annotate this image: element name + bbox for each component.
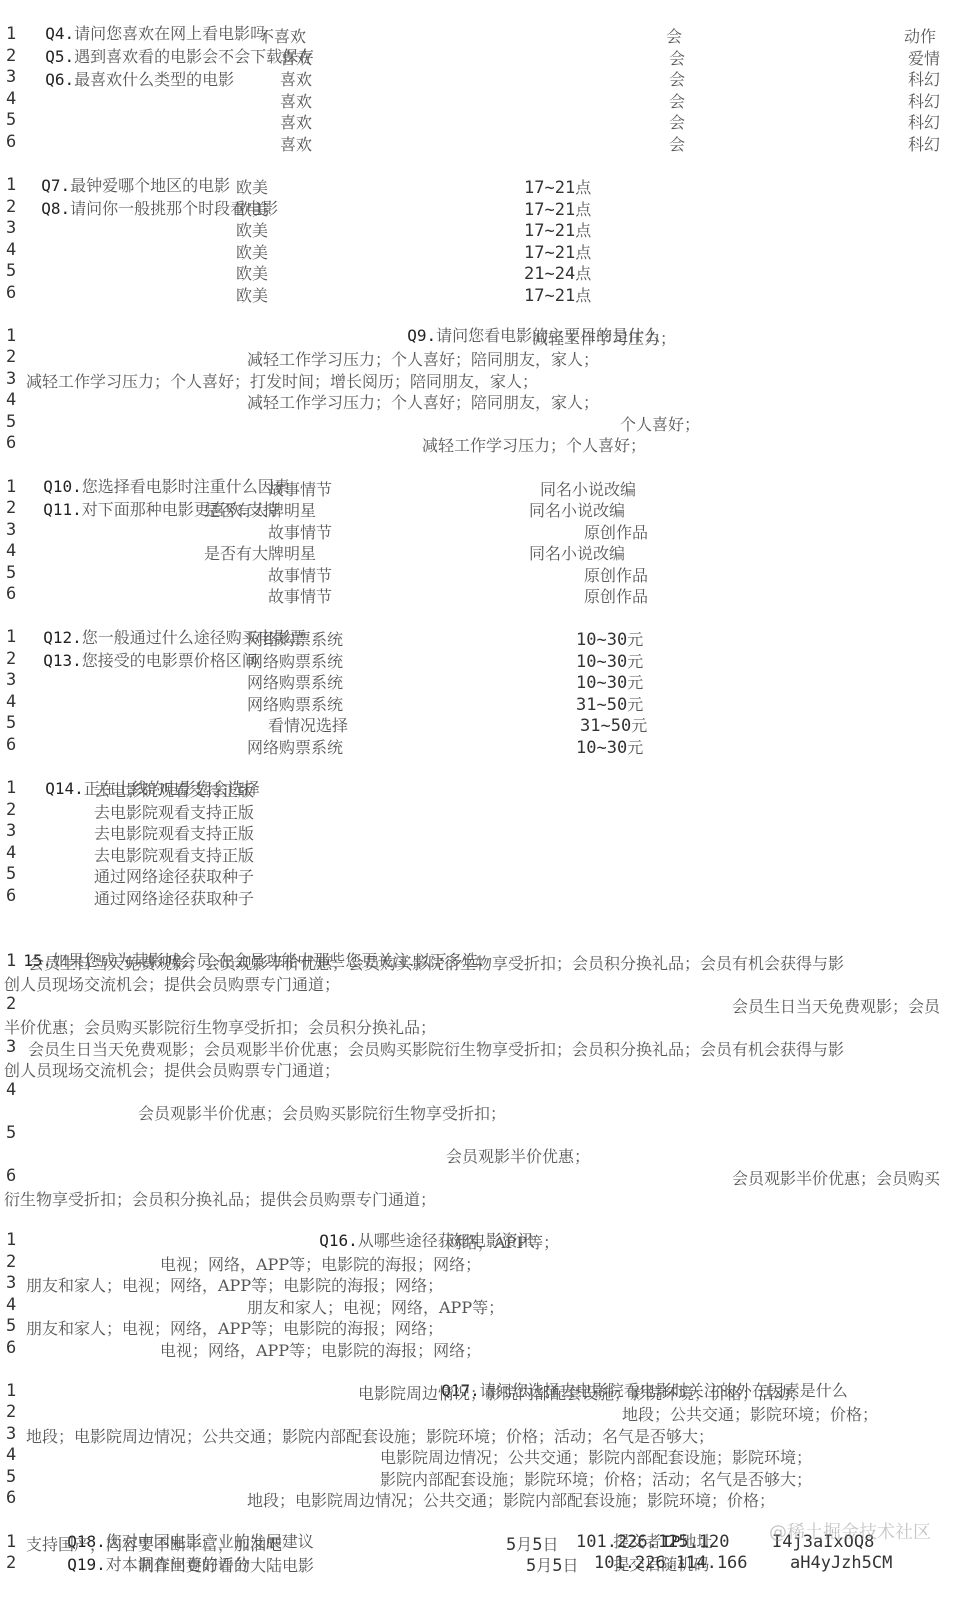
q17-value: 地段；公共交通；影院环境；价格； xyxy=(622,1402,878,1425)
q5-value: 会 xyxy=(669,132,685,155)
q10-value: 故事情节 xyxy=(268,563,332,586)
row-number: 6 xyxy=(6,1338,16,1358)
date-day-unit: 日 xyxy=(563,1556,579,1575)
q16-label: Q16. xyxy=(319,1231,358,1250)
q16-value: 网络，APP等； xyxy=(446,1230,559,1253)
row-number: 3 xyxy=(6,821,16,841)
q4-value: 喜欢 xyxy=(280,67,312,90)
row-number: 2 xyxy=(6,197,16,217)
row-number: 6 xyxy=(6,735,16,755)
q10-value: 故事情节 xyxy=(268,477,332,500)
q18-value: 制作出更好看的大陆电影 xyxy=(138,1553,314,1576)
date-month: 5 xyxy=(506,1535,516,1555)
q11-value: 同名小说改编 xyxy=(529,541,625,564)
q16-value: 朋友和家人；电视；网络，APP等；电影院的海报；网络； xyxy=(26,1316,443,1339)
row-number: 4 xyxy=(6,1080,16,1100)
date-month: 5 xyxy=(526,1556,536,1576)
row-number: 5 xyxy=(6,1123,16,1143)
date-day: 5 xyxy=(532,1535,542,1555)
row-number: 4 xyxy=(6,89,16,109)
q8-value: 17~21点 xyxy=(524,197,591,220)
q12-value: 网络购票系统 xyxy=(247,735,343,758)
q9-label: Q9. xyxy=(407,326,436,345)
q5-value: 会 xyxy=(669,110,685,133)
row-number: 5 xyxy=(6,110,16,130)
submit-date: 5月5日 xyxy=(506,1532,559,1555)
q12-value: 看情况选择 xyxy=(268,713,348,736)
ip-address: 101.226.114.166 xyxy=(594,1553,748,1573)
row-number: 2 xyxy=(6,994,16,1014)
q7-label: Q7. xyxy=(41,176,70,195)
q12-value: 网络购票系统 xyxy=(247,692,343,715)
q11-value: 原创作品 xyxy=(584,520,648,543)
row-number: 4 xyxy=(6,541,16,561)
q16-value: 电视；网络，APP等；电影院的海报；网络； xyxy=(160,1252,481,1275)
q8-value: 17~21点 xyxy=(524,283,591,306)
row-number: 5 xyxy=(6,713,16,733)
row-number: 1 xyxy=(6,1532,16,1552)
row-number: 2 xyxy=(6,1553,16,1573)
row-number: 3 xyxy=(6,67,16,87)
watermark: @稀土掘金技术社区 xyxy=(769,1518,931,1544)
row-number: 1 xyxy=(6,627,16,647)
q9-value: 减轻工作学习压力； xyxy=(532,326,676,349)
row-number: 5 xyxy=(6,261,16,281)
q8-unit: 点 xyxy=(575,243,591,262)
q8-number: 17~21 xyxy=(524,243,575,263)
q13-value: 10~30元 xyxy=(576,627,643,650)
q13-unit: 元 xyxy=(627,695,643,714)
row-number: 1 xyxy=(6,175,16,195)
q13-unit: 元 xyxy=(627,738,643,757)
row-number: 6 xyxy=(6,132,16,152)
q17-value: 电影院周边情况；公共交通；影院内部配套设施；影院环境； xyxy=(380,1445,812,1468)
q8-unit: 点 xyxy=(575,221,591,240)
q6-value: 爱情 xyxy=(908,46,940,69)
q8-unit: 点 xyxy=(575,264,591,283)
q15-value-cont: 创人员现场交流机会；提供会员购票专门通道； xyxy=(4,972,340,995)
q5-value: 会 xyxy=(669,46,685,69)
row-number: 3 xyxy=(6,670,16,690)
q10-value: 是否有大牌明星 xyxy=(204,498,316,521)
q5-value: 会 xyxy=(666,24,682,47)
q12-value: 网络购票系统 xyxy=(247,627,343,650)
q13-value: 10~30元 xyxy=(576,649,643,672)
q8-unit: 点 xyxy=(575,178,591,197)
q8-unit: 点 xyxy=(575,286,591,305)
row-number: 3 xyxy=(6,369,16,389)
q8-number: 21~24 xyxy=(524,264,575,284)
q13-number: 31~50 xyxy=(580,716,631,736)
q7-value: 欧美 xyxy=(236,218,268,241)
q7-value: 欧美 xyxy=(236,197,268,220)
q15-value: 会员观影半价优惠；会员购买 xyxy=(732,1166,940,1189)
q13-number: 10~30 xyxy=(576,630,627,650)
q15-value: 会员观影半价优惠； xyxy=(446,1144,590,1167)
row-number: 5 xyxy=(6,563,16,583)
q13-unit: 元 xyxy=(627,630,643,649)
q13-label: Q13. xyxy=(43,651,82,670)
q7-value: 欧美 xyxy=(236,240,268,263)
q15-value: 会员生日当天免费观影；会员 xyxy=(732,994,940,1017)
q15-value: 会员生日当天免费观影；会员观影半价优惠；会员购买影院衍生物享受折扣；会员积分换礼… xyxy=(28,1037,844,1060)
q13-unit: 元 xyxy=(627,652,643,671)
q17-value: 影院内部配套设施；影院环境；价格；活动；名气是否够大； xyxy=(380,1467,812,1490)
q9-value: 减轻工作学习压力；个人喜好； xyxy=(422,433,646,456)
q17-value: 电影院周边情况；影院内部配套设施；影院环境；价格；活动； xyxy=(358,1381,806,1404)
q4-value: 喜欢 xyxy=(280,46,312,69)
q13-unit: 元 xyxy=(631,716,647,735)
row-number: 1 xyxy=(6,1230,16,1250)
row-number: 5 xyxy=(6,1467,16,1487)
row-number: 4 xyxy=(6,692,16,712)
q6-text: 最喜欢什么类型的电影 xyxy=(74,70,234,89)
q19-label: Q19. xyxy=(67,1555,106,1574)
q4-text: 请问您喜欢在网上看电影吗 xyxy=(74,24,266,43)
row-number: 6 xyxy=(6,1488,16,1508)
q11-label: Q11. xyxy=(43,500,82,519)
q8-label: Q8. xyxy=(41,199,70,218)
q7-value: 欧美 xyxy=(236,283,268,306)
date-month-unit: 月 xyxy=(516,1535,532,1554)
q13-value: 31~50元 xyxy=(580,713,647,736)
q4-value: 不喜欢 xyxy=(258,24,306,47)
row-number: 2 xyxy=(6,1252,16,1272)
q4-value: 喜欢 xyxy=(280,110,312,133)
q12-label: Q12. xyxy=(43,628,82,647)
q6-value: 科幻 xyxy=(908,89,940,112)
q15-value-cont: 衍生物享受折扣；会员积分换礼品；提供会员购票专门通道； xyxy=(4,1187,436,1210)
q14-value: 通过网络途径获取种子 xyxy=(94,864,254,887)
q9-value: 个人喜好； xyxy=(620,412,700,435)
row-number: 4 xyxy=(6,390,16,410)
q16-value: 朋友和家人；电视；网络，APP等；电影院的海报；网络； xyxy=(26,1273,443,1296)
row-number: 1 xyxy=(6,778,16,798)
q10-label: Q10. xyxy=(43,477,82,496)
q15-value: 会员观影半价优惠；会员购买影院衍生物享受折扣； xyxy=(138,1101,506,1124)
q6-label: Q6. xyxy=(45,70,74,89)
q13-number: 10~30 xyxy=(576,738,627,758)
q12-value: 网络购票系统 xyxy=(247,649,343,672)
q15-value: 会员生日当天免费观影；会员观影半价优惠；会员购买影院衍生物享受折扣；会员积分换礼… xyxy=(28,951,844,974)
q11-value: 原创作品 xyxy=(584,584,648,607)
q13-unit: 元 xyxy=(627,673,643,692)
q10-value: 故事情节 xyxy=(268,584,332,607)
q4-value: 喜欢 xyxy=(280,89,312,112)
q8-unit: 点 xyxy=(575,200,591,219)
row-number: 3 xyxy=(6,1424,16,1444)
row-number: 6 xyxy=(6,886,16,906)
q16-value: 朋友和家人；电视；网络，APP等； xyxy=(247,1295,504,1318)
row-number: 2 xyxy=(6,649,16,669)
q14-value: 通过网络途径获取种子 xyxy=(94,886,254,909)
q11-value: 同名小说改编 xyxy=(540,477,636,500)
q17-value: 地段；电影院周边情况；公共交通；影院内部配套设施；影院环境；价格；活动；名气是否… xyxy=(26,1424,714,1447)
q7-value: 欧美 xyxy=(236,261,268,284)
q5-value: 会 xyxy=(669,89,685,112)
row-number: 3 xyxy=(6,218,16,238)
q13-text: 您接受的电影票价格区间 xyxy=(82,651,258,670)
q6-value: 动作 xyxy=(904,24,936,47)
submit-date: 5月5日 xyxy=(526,1553,579,1576)
row-number: 6 xyxy=(6,1166,16,1186)
q9-value: 减轻工作学习压力；个人喜好；打发时间；增长阅历；陪同朋友，家人； xyxy=(26,369,538,392)
date-day: 5 xyxy=(552,1556,562,1576)
q8-value: 17~21点 xyxy=(524,218,591,241)
q13-number: 10~30 xyxy=(576,652,627,672)
q14-label: Q14. xyxy=(45,779,84,798)
row-number: 4 xyxy=(6,240,16,260)
q8-number: 17~21 xyxy=(524,200,575,220)
row-number: 1 xyxy=(6,1381,16,1401)
q14-value: 去电影院观看支持正版 xyxy=(94,821,254,844)
date-month-unit: 月 xyxy=(536,1556,552,1575)
q8-number: 17~21 xyxy=(524,221,575,241)
q14-value: 去电影院观看支持正版 xyxy=(94,800,254,823)
date-day-unit: 日 xyxy=(543,1535,559,1554)
q8-number: 17~21 xyxy=(524,286,575,306)
q13-value: 10~30元 xyxy=(576,670,643,693)
q8-value: 17~21点 xyxy=(524,175,591,198)
q15-value-cont: 创人员现场交流机会；提供会员购票专门通道； xyxy=(4,1058,340,1081)
row-number: 5 xyxy=(6,412,16,432)
q7-value: 欧美 xyxy=(236,175,268,198)
row-number: 5 xyxy=(6,1316,16,1336)
row-number: 2 xyxy=(6,800,16,820)
row-number: 3 xyxy=(6,520,16,540)
row-number: 6 xyxy=(6,283,16,303)
row-number: 4 xyxy=(6,1295,16,1315)
row-number: 2 xyxy=(6,1402,16,1422)
q8-value: 21~24点 xyxy=(524,261,591,284)
q15-value-cont: 半价优惠；会员购买影院衍生物享受折扣；会员积分换礼品； xyxy=(4,1015,436,1038)
q17-value: 地段；电影院周边情况；公共交通；影院内部配套设施；影院环境；价格； xyxy=(247,1488,775,1511)
row-number: 4 xyxy=(6,843,16,863)
q16-value: 电视；网络，APP等；电影院的海报；网络； xyxy=(160,1338,481,1361)
row-number: 1 xyxy=(6,951,16,971)
q14-value: 去电影院观看支持正版 xyxy=(94,778,254,801)
q9-value: 减轻工作学习压力；个人喜好；陪同朋友，家人； xyxy=(247,390,599,413)
q13-value: 31~50元 xyxy=(576,692,643,715)
q8-value: 17~21点 xyxy=(524,240,591,263)
q5-text: 遇到喜欢看的电影会不会下载保存 xyxy=(74,47,314,66)
row-number: 1 xyxy=(6,326,16,346)
q7-text: 最钟爱哪个地区的电影 xyxy=(70,176,230,195)
q6-value: 科幻 xyxy=(908,67,940,90)
q11-value: 原创作品 xyxy=(584,563,648,586)
row-number: 1 xyxy=(6,477,16,497)
row-number: 2 xyxy=(6,46,16,66)
q10-value: 是否有大牌明星 xyxy=(204,541,316,564)
row-number: 5 xyxy=(6,864,16,884)
q13-number: 31~50 xyxy=(576,695,627,715)
q11-value: 同名小说改编 xyxy=(529,498,625,521)
row-number: 4 xyxy=(6,1445,16,1465)
q5-label: Q5. xyxy=(45,47,74,66)
row-number: 6 xyxy=(6,433,16,453)
q9-value: 减轻工作学习压力；个人喜好；陪同朋友，家人； xyxy=(247,347,599,370)
row-number: 6 xyxy=(6,584,16,604)
random-code: aH4yJzh5CM xyxy=(790,1553,892,1573)
q10-value: 故事情节 xyxy=(268,520,332,543)
row-number: 1 xyxy=(6,24,16,44)
row-number: 2 xyxy=(6,498,16,518)
q6-value: 科幻 xyxy=(908,132,940,155)
q13-number: 10~30 xyxy=(576,673,627,693)
q10-text: 您选择看电影时注重什么因素 xyxy=(82,477,290,496)
row-number: 3 xyxy=(6,1037,16,1057)
q14-value: 去电影院观看支持正版 xyxy=(94,843,254,866)
q18-value: 支持国产，内容要不断丰富，加油吧 xyxy=(26,1532,282,1555)
row-number: 2 xyxy=(6,347,16,367)
q6-value: 科幻 xyxy=(908,110,940,133)
q5-value: 会 xyxy=(669,67,685,90)
q13-value: 10~30元 xyxy=(576,735,643,758)
ip-address: 101.226.125.120 xyxy=(576,1532,730,1552)
q4-label: Q4. xyxy=(45,24,74,43)
q4-value: 喜欢 xyxy=(280,132,312,155)
row-number: 3 xyxy=(6,1273,16,1293)
q12-value: 网络购票系统 xyxy=(247,670,343,693)
q8-number: 17~21 xyxy=(524,178,575,198)
